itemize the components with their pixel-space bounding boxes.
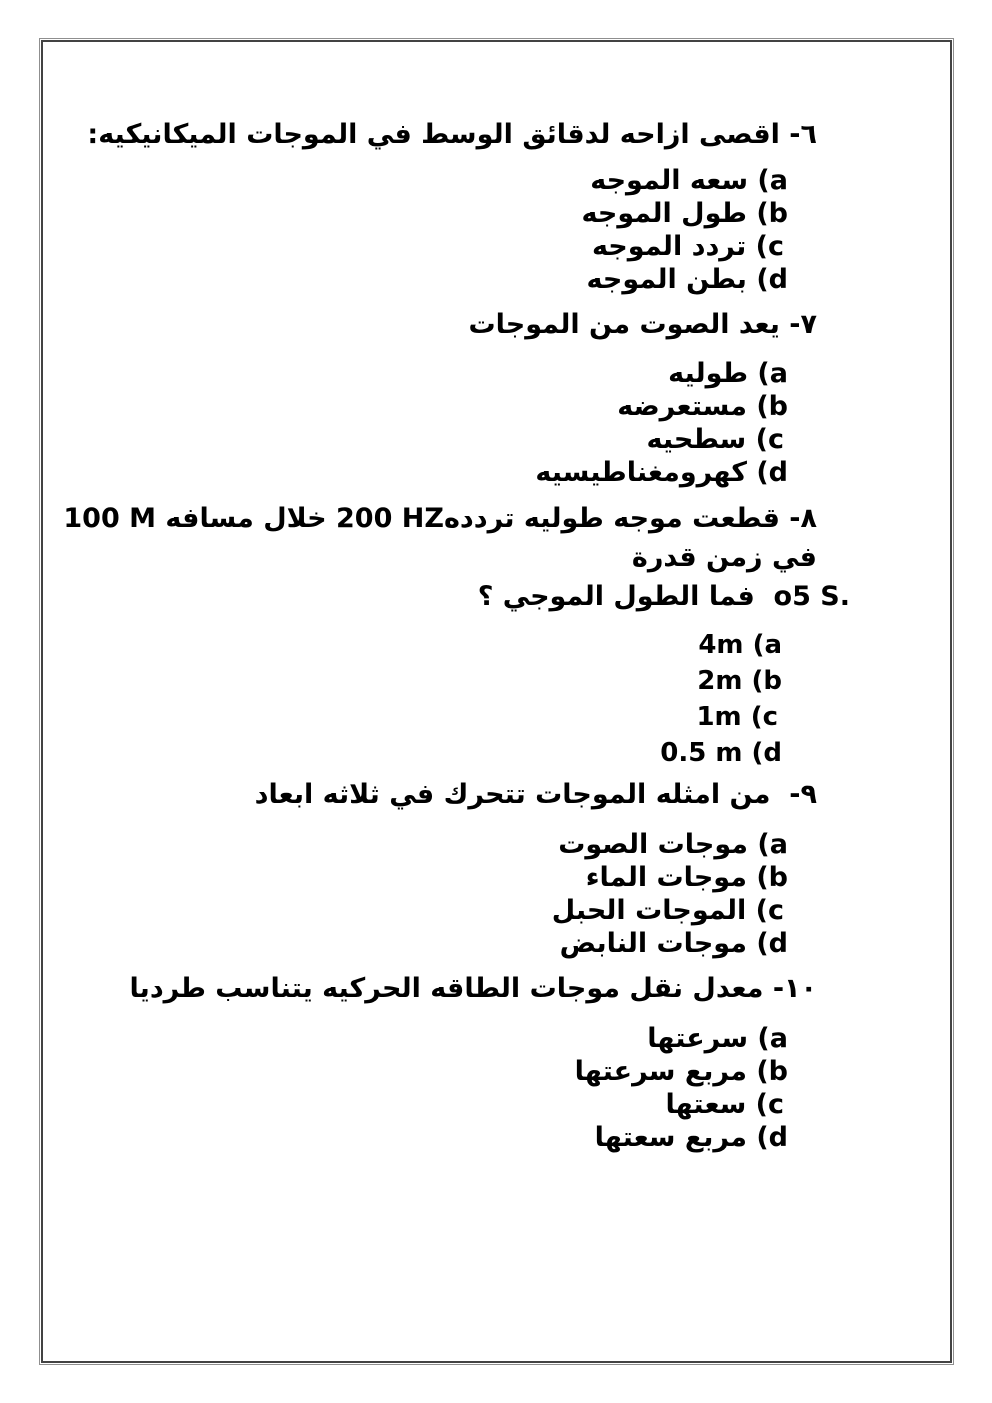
question-7-option-d: d) كهرومغناطيسيه xyxy=(43,456,788,489)
question-8-option-a: 4m (a xyxy=(43,627,782,663)
question-6-option-b: b) طول الموجه xyxy=(43,197,788,230)
question-8: ٨- قطعت موجه طوليه تردده‎200 HZ خلال مسا… xyxy=(43,499,950,771)
question-7: ٧- يعد الصوت من الموجات a) طوليه b) مستع… xyxy=(43,308,950,489)
question-7-title-line: ٧- يعد الصوت من الموجات xyxy=(43,308,950,341)
question-8-options: 4m (a 2m (b 1m (c 0.5 m (d xyxy=(43,627,950,771)
question-7-title: ٧- يعد الصوت من الموجات xyxy=(43,308,950,341)
question-8-option-b: 2m (b xyxy=(43,663,782,699)
question-10: ١٠- معدل نقل موجات الطاقه الحركيه يتناسب… xyxy=(43,972,950,1154)
question-6-options: a) سعه الموجه b) طول الموجه c) تردد المو… xyxy=(43,164,950,296)
document-page: ٦- اقصى ازاحه لدقائق الوسط في الموجات ال… xyxy=(41,40,952,1363)
question-8-title: ٨- قطعت موجه طوليه تردده‎200 HZ خلال مسا… xyxy=(43,499,950,616)
question-10-options: a) سرعتها b) مربع سرعتها c) سعتها d) مرب… xyxy=(43,1022,950,1154)
question-10-title: ١٠- معدل نقل موجات الطاقه الحركيه يتناسب… xyxy=(43,972,950,1005)
question-9-title: ٩- من امثله الموجات تتحرك في ثلاثه ابعاد xyxy=(43,778,950,811)
question-8-option-d: 0.5 m (d xyxy=(43,735,782,771)
question-8-title-line-1: ٨- قطعت موجه طوليه تردده‎200 HZ خلال مسا… xyxy=(43,499,950,577)
question-10-title-line: ١٠- معدل نقل موجات الطاقه الحركيه يتناسب… xyxy=(43,972,950,1005)
question-7-option-c: c) سطحيه xyxy=(43,423,788,456)
question-9-option-b: b) موجات الماء xyxy=(43,861,788,894)
question-9-option-a: a) موجات الصوت xyxy=(43,828,788,861)
question-9-option-d: d) موجات النابض xyxy=(43,927,788,960)
question-7-options: a) طوليه b) مستعرضه c) سطحيه d) كهرومغنا… xyxy=(43,357,950,489)
question-9-title-line: ٩- من امثله الموجات تتحرك في ثلاثه ابعاد xyxy=(43,778,950,811)
question-6-title: ٦- اقصى ازاحه لدقائق الوسط في الموجات ال… xyxy=(43,118,950,151)
question-7-option-b: b) مستعرضه xyxy=(43,390,788,423)
question-10-option-a: a) سرعتها xyxy=(43,1022,788,1055)
question-10-option-c: c) سعتها xyxy=(43,1088,788,1121)
question-9-option-c: c) الموجات الحبل xyxy=(43,894,788,927)
question-10-option-b: b) مربع سرعتها xyxy=(43,1055,788,1088)
question-10-option-d: d) مربع سعتها xyxy=(43,1121,788,1154)
question-9-options: a) موجات الصوت b) موجات الماء c) الموجات… xyxy=(43,828,950,960)
question-6-option-d: d) بطن الموجه xyxy=(43,263,788,296)
question-6-title-line: ٦- اقصى ازاحه لدقائق الوسط في الموجات ال… xyxy=(43,118,950,151)
question-6-option-a: a) سعه الموجه xyxy=(43,164,788,197)
question-8-title-line-2: .o5 S فما الطول الموجي ؟ xyxy=(43,577,950,616)
question-6-option-c: c) تردد الموجه xyxy=(43,230,788,263)
question-6: ٦- اقصى ازاحه لدقائق الوسط في الموجات ال… xyxy=(43,118,950,296)
question-8-option-c: 1m (c xyxy=(43,699,782,735)
question-9: ٩- من امثله الموجات تتحرك في ثلاثه ابعاد… xyxy=(43,778,950,960)
question-7-option-a: a) طوليه xyxy=(43,357,788,390)
